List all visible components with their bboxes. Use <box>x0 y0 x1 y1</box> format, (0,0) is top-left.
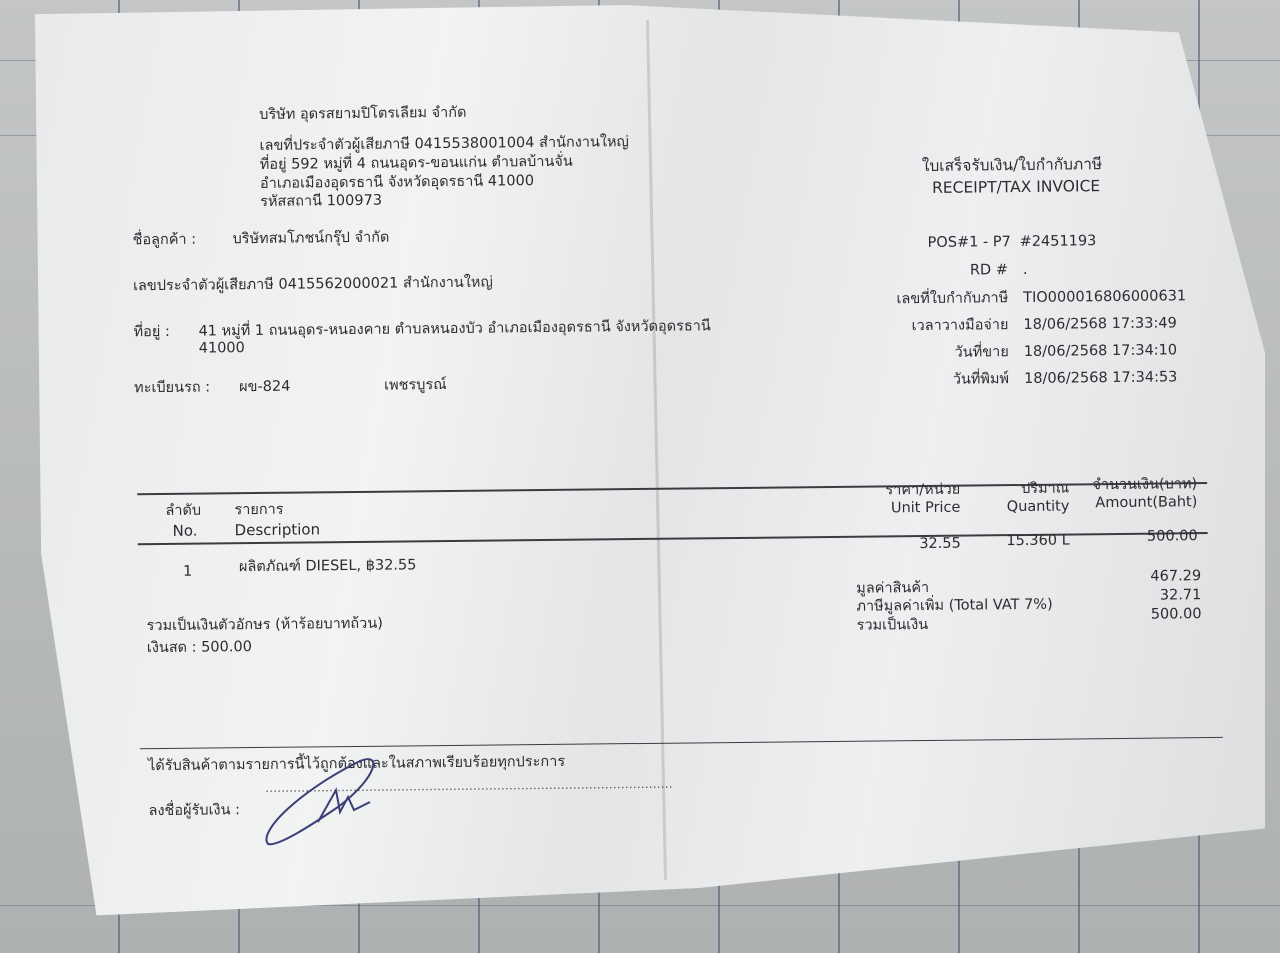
sale-date-label: วันที่ขาย <box>859 343 1009 363</box>
rd-value: . <box>1023 261 1028 279</box>
footer-rule <box>140 737 1223 749</box>
header-desc-en: Description <box>235 520 321 540</box>
handwritten-signature <box>258 752 388 852</box>
vehicle-label: ทะเบียนรถ : <box>134 378 210 397</box>
vehicle-plate: ผข-824 <box>239 378 291 397</box>
header-no-en: No. <box>173 522 198 541</box>
customer-name-label: ชื่อลูกค้า : <box>132 231 196 250</box>
document-title-english: RECEIPT/TAX INVOICE <box>932 177 1100 198</box>
cash-amount: เงินสด : 500.00 <box>147 638 252 657</box>
print-date-value: 18/06/2568 17:34:53 <box>1024 368 1177 388</box>
signature-label: ลงชื่อผู้รับเงิน : <box>148 801 240 820</box>
pos-number: #2451193 <box>1020 232 1097 251</box>
header-amount-en: Amount(Baht) <box>1075 493 1197 512</box>
document-title-thai: ใบเสร็จรับเงิน/ใบกำกับภาษี <box>922 155 1102 176</box>
payment-time-value: 18/06/2568 17:33:49 <box>1023 314 1176 334</box>
customer-address-label: ที่อยู่ : <box>133 323 169 342</box>
seller-address-line1: ที่อยู่ 592 หมู่ที่ 4 ถนนอุดร-ขอนแก่น ตำ… <box>260 153 573 174</box>
vat-value: 32.71 <box>1101 586 1201 605</box>
vat-label: ภาษีมูลค่าเพิ่ม (Total VAT 7%) <box>856 596 1052 616</box>
rd-label: RD # <box>878 261 1008 280</box>
header-desc-th: รายการ <box>234 501 283 520</box>
pos-label: POS#1 - P7 <box>928 233 1011 252</box>
amount-in-words: รวมเป็นเงินตัวอักษร (ห้าร้อยบาทถ้วน) <box>147 615 383 636</box>
tax-invoice-no-value: TIO000016806000631 <box>1023 287 1186 307</box>
row-description: ผลิตภัณฑ์ DIESEL, ฿32.55 <box>239 556 417 576</box>
print-date-label: วันที่พิมพ์ <box>859 370 1009 390</box>
header-no-th: ลำดับ <box>165 502 201 520</box>
header-amount-th: จำนวนเงิน(บาท) <box>1075 475 1197 494</box>
seller-tax-id: เลขที่ประจำตัวผู้เสียภาษี 0415538001004 … <box>259 133 628 155</box>
total-label: รวมเป็นเงิน <box>857 616 929 635</box>
seller-station-code: รหัสสถานี 100973 <box>260 192 382 211</box>
header-price-en: Unit Price <box>840 499 960 518</box>
seller-address-line2: อำเภอเมืองอุดรธานี จังหวัดอุดรธานี 41000 <box>260 172 534 193</box>
vehicle-province: เพชรบูรณ์ <box>384 376 447 395</box>
receipt-document: บริษัท อุดรสยามปิโตรเลียม จำกัด เลขที่ปร… <box>0 0 1280 953</box>
header-qty-th: ปริมาณ <box>975 480 1069 499</box>
row-quantity: 15.360 L <box>976 532 1070 551</box>
customer-address-line2: 41000 <box>199 339 245 358</box>
row-unit-price: 32.55 <box>861 535 961 554</box>
row-amount: 500.00 <box>1076 527 1198 546</box>
subtotal-label: มูลค่าสินค้า <box>856 579 929 598</box>
subtotal-value: 467.29 <box>1101 567 1201 586</box>
customer-name-value: บริษัทสมโภชน์กรุ๊ป จำกัด <box>232 229 389 249</box>
seller-company-name: บริษัท อุดรสยามปิโตรเลียม จำกัด <box>259 104 466 124</box>
total-value: 500.00 <box>1101 605 1201 624</box>
header-qty-en: Quantity <box>975 498 1069 517</box>
customer-address-line1: 41 หมู่ที่ 1 ถนนอุดร-หนองคาย ตำบลหนองบัว… <box>198 317 710 340</box>
payment-time-label: เวลาวางมือจ่าย <box>858 316 1008 336</box>
header-price-th: ราคา/หน่วย <box>840 481 960 500</box>
customer-tax-id: เลขประจำตัวผู้เสียภาษี 0415562000021 สำน… <box>133 274 493 296</box>
sale-date-value: 18/06/2568 17:34:10 <box>1024 341 1177 361</box>
tax-invoice-no-label: เลขที่ใบกำกับภาษี <box>858 289 1008 309</box>
row-no: 1 <box>183 563 192 581</box>
